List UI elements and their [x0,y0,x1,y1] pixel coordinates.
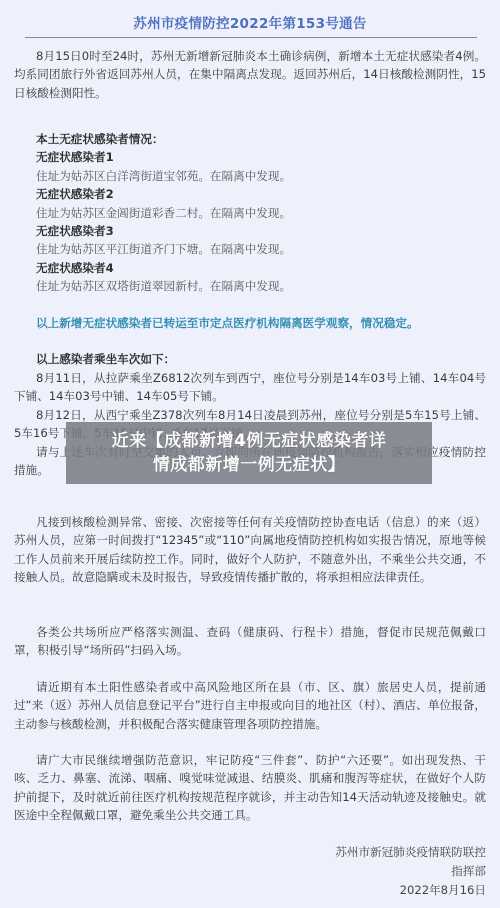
document-title: 苏州市疫情防控2022年第153号通告 [0,12,500,32]
overlay-line-2: 情成都新增一例无症状】 [153,453,346,477]
case-label: 无症状感染者4 [36,259,486,277]
case-label: 无症状感染者3 [36,222,486,240]
case-detail: 住址为姑苏区白洋湾街道宝邻苑。在隔离中发现。 [36,167,486,185]
travel-paragraph: 请近期有本土阳性感染者或中高风险地区所在县（市、区、旗）旅居史人员，提前通过“来… [14,678,486,733]
headline-overlay: 近来【成都新增4例无症状感染者详 情成都新增一例无症状】 [66,422,432,484]
cases-heading: 本土无症状感染者情况： [36,130,486,148]
title-divider [25,37,477,38]
case-detail: 住址为姑苏区金阊街道彩香二村。在隔离中发现。 [36,204,486,222]
symptoms-paragraph: 请广大市民继续增强防范意识，牢记防疫“三件套”、防护“六还要”。如出现发热、干咳… [14,751,486,825]
signature-org: 苏州市新冠肺炎疫情联防联控 [335,843,486,862]
intro-paragraph: 8月15日0时至24时，苏州无新增新冠肺炎本土确诊病例，新增本土无症状感染者4例… [14,47,486,102]
report-paragraph: 凡接到核酸检测异常、密接、次密接等任何有关疫情防控协查电话（信息）的来（返）苏州… [14,513,486,587]
case-label: 无症状感染者2 [36,185,486,203]
train-paragraph-1: 8月11日，从拉萨乘坐Z6812次列车到西宁，座位号分别是14车03号上铺、14… [14,369,486,406]
signature-date: 2022年8月16日 [335,881,486,900]
signature-block: 苏州市新冠肺炎疫情联防联控 指挥部 2022年8月16日 [335,843,486,900]
signature-org-line2: 指挥部 [335,862,486,881]
notice-document: 苏州市疫情防控2022年第153号通告 8月15日0时至24时，苏州无新增新冠肺… [0,0,500,908]
case-label: 无症状感染者1 [36,148,486,166]
case-detail: 住址为姑苏区平江街道齐门下塘。在隔离中发现。 [36,240,486,258]
cases-section: 本土无症状感染者情况： 无症状感染者1 住址为姑苏区白洋湾街道宝邻苑。在隔离中发… [36,130,486,296]
case-detail: 住址为姑苏区双塔街道翠园新村。在隔离中发现。 [36,277,486,295]
cases-note: 以上新增无症状感染者已转运至市定点医疗机构隔离医学观察，情况稳定。 [36,314,486,332]
overlay-line-1: 近来【成都新增4例无症状感染者详 [112,429,387,453]
venue-paragraph: 各类公共场所应严格落实测温、查码（健康码、行程卡）措施，督促市民规范佩戴口罩，积… [14,623,486,660]
trains-heading: 以上感染者乘坐车次如下： [36,350,486,368]
